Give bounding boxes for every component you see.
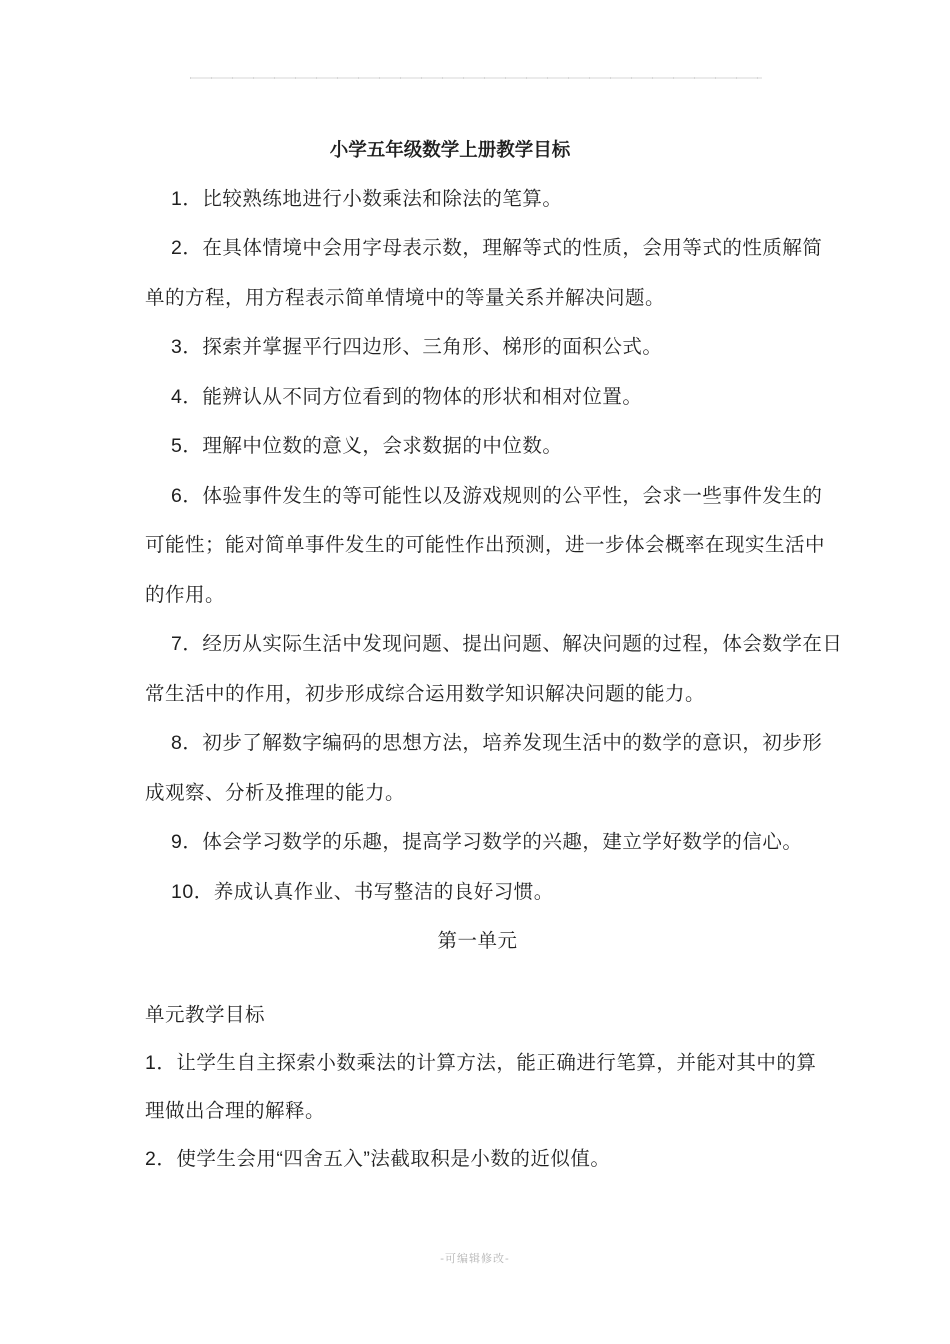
objective-line-continuation: 的作用。 (145, 571, 810, 621)
subsection-heading: 单元教学目标 (145, 991, 810, 1039)
document-page: { "page": { "background": "#ffffff", "te… (0, 0, 950, 1344)
objective-line: 4．能辨认从不同方位看到的物体的形状和相对位置。 (145, 373, 810, 423)
objective-line: 9．体会学习数学的乐趣，提高学习数学的兴趣，建立学好数学的信心。 (145, 818, 810, 868)
unit-objective-line: 1．让学生自主探索小数乘法的计算方法，能正确进行笔算，并能对其中的算 (145, 1039, 810, 1087)
objective-line-continuation: 单的方程，用方程表示简单情境中的等量关系并解决问题。 (145, 274, 810, 324)
objective-line-continuation: 成观察、分析及推理的能力。 (145, 769, 810, 819)
document-title: 小学五年级数学上册教学目标 (145, 125, 755, 175)
objective-line: 8．初步了解数字编码的思想方法，培养发现生活中的数学的意识，初步形 (145, 719, 810, 769)
objective-line-continuation: 可能性；能对简单事件发生的可能性作出预测，进一步体会概率在现实生活中 (145, 521, 810, 571)
unit-objective-line: 理做出合理的解释。 (145, 1087, 810, 1135)
document-content: 小学五年级数学上册教学目标1．比较熟练地进行小数乘法和除法的笔算。2．在具体情境… (145, 125, 810, 1183)
header-divider (190, 77, 762, 79)
objective-line: 2．在具体情境中会用字母表示数，理解等式的性质，会用等式的性质解简 (145, 224, 810, 274)
objective-line: 6．体验事件发生的等可能性以及游戏规则的公平性，会求一些事件发生的 (145, 472, 810, 522)
objective-line: 5．理解中位数的意义，会求数据的中位数。 (145, 422, 810, 472)
footer-watermark: -可编辑修改- (0, 1250, 950, 1266)
section-heading: 第一单元 (145, 917, 810, 967)
objective-line: 3．探索并掌握平行四边形、三角形、梯形的面积公式。 (145, 323, 810, 373)
objective-line: 10．养成认真作业、书写整洁的良好习惯。 (145, 868, 810, 918)
objective-line-continuation: 常生活中的作用，初步形成综合运用数学知识解决问题的能力。 (145, 670, 810, 720)
objective-line: 7．经历从实际生活中发现问题、提出问题、解决问题的过程，体会数学在日 (145, 620, 810, 670)
unit-objective-line: 2．使学生会用“四舍五入”法截取积是小数的近似值。 (145, 1135, 810, 1183)
objective-line: 1．比较熟练地进行小数乘法和除法的笔算。 (145, 175, 810, 225)
